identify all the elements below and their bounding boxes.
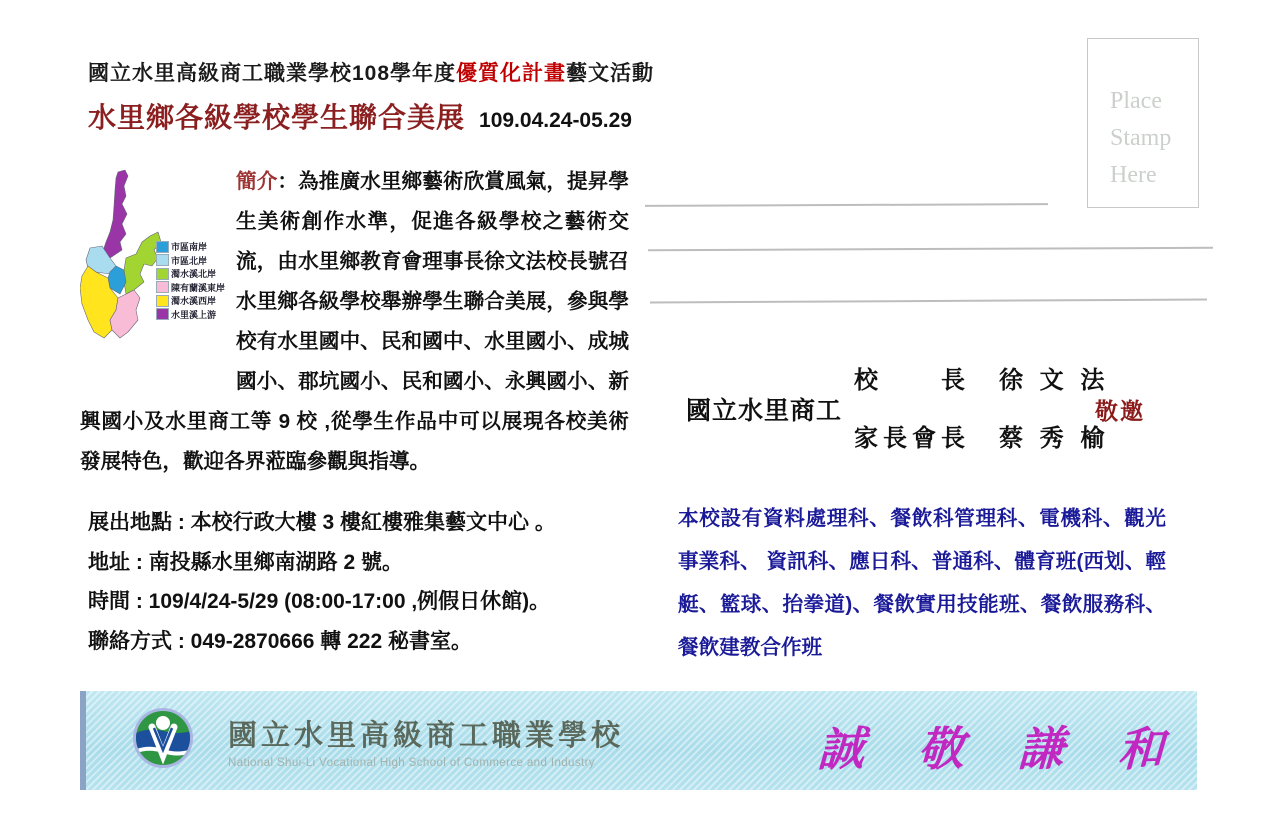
map-legend: 市區南岸 市區北岸 濁水溪北岸 陳有蘭溪東岸 濁水溪西岸 水里溪上游 <box>156 240 230 321</box>
stamp-line: Stamp <box>1110 120 1198 157</box>
intro-label: 簡介 <box>236 170 277 193</box>
legend-label: 陳有蘭溪東岸 <box>171 281 225 294</box>
address-line <box>645 203 1048 207</box>
parents-chair-signature: 家長會長 蔡 秀 榆 <box>854 418 1109 453</box>
legend-item: 濁水溪北岸 <box>156 267 230 281</box>
motto-char: 謙 <box>1017 712 1065 780</box>
legend-swatch <box>156 281 169 293</box>
departments-text: 本校設有資料處理科、餐飲科管理科、電機科、觀光事業科、 資訊科、應日科、普通科、… <box>678 497 1166 669</box>
school-logo-icon <box>132 707 194 769</box>
legend-label: 水里溪上游 <box>171 308 216 321</box>
motto-char: 和 <box>1117 712 1165 780</box>
invite-word: 敬邀 <box>1095 393 1145 426</box>
venue-info: 展出地點 : 本校行政大樓 3 樓紅樓雅集藝文中心 。 地址 : 南投縣水里鄉南… <box>88 503 556 661</box>
subtitle-prefix: 國立水里高級商工職業學校108學年度 <box>88 62 456 85</box>
exhibition-title: 水里鄉各級學校學生聯合美展 <box>88 102 465 133</box>
intro-section: 市區南岸 市區北岸 濁水溪北岸 陳有蘭溪東岸 濁水溪西岸 水里溪上游 簡介：為推… <box>80 162 629 482</box>
title-row: 水里鄉各級學校學生聯合美展109.04.24-05.29 <box>88 96 654 136</box>
legend-label: 市區北岸 <box>171 254 207 267</box>
stamp-line: Place <box>1110 83 1198 120</box>
legend-label: 濁水溪西岸 <box>171 294 216 307</box>
exhibition-dates: 109.04.24-05.29 <box>479 109 632 132</box>
invitation-block: 國立水里商工 校 長 徐 文 法 家長會長 蔡 秀 榆 敬邀 <box>686 360 1166 455</box>
school-motto: 誠 敬 謙 和 <box>818 713 1164 779</box>
subtitle-suffix: 藝文活動 <box>566 62 654 85</box>
legend-swatch <box>156 241 169 253</box>
legend-swatch <box>156 295 169 307</box>
postcard: 國立水里高級商工職業學校108學年度優質化計畫藝文活動 水里鄉各級學校學生聯合美… <box>0 0 1275 825</box>
motto-char: 敬 <box>917 712 965 780</box>
legend-swatch <box>156 308 169 320</box>
school-banner: 國立水里高級商工職業學校 National Shui-Li Vocational… <box>80 691 1197 790</box>
legend-swatch <box>156 254 169 266</box>
legend-item: 濁水溪西岸 <box>156 294 230 308</box>
school-short-name: 國立水里商工 <box>686 391 842 427</box>
intro-separator: ： <box>277 170 298 193</box>
legend-item: 水里溪上游 <box>156 308 230 322</box>
motto-char: 誠 <box>817 712 865 780</box>
venue-contact: 聯絡方式 : 049-2870666 轉 222 秘書室。 <box>88 622 556 662</box>
township-map-image <box>80 170 162 342</box>
school-name: 國立水里高級商工職業學校 <box>228 713 624 754</box>
address-line <box>648 247 1213 251</box>
venue-location: 展出地點 : 本校行政大樓 3 樓紅樓雅集藝文中心 。 <box>88 503 556 543</box>
legend-item: 陳有蘭溪東岸 <box>156 281 230 295</box>
venue-address: 地址 : 南投縣水里鄉南湖路 2 號。 <box>88 543 556 583</box>
address-line <box>650 299 1207 304</box>
legend-item: 市區南岸 <box>156 240 230 254</box>
legend-item: 市區北岸 <box>156 254 230 268</box>
header: 國立水里高級商工職業學校108學年度優質化計畫藝文活動 水里鄉各級學校學生聯合美… <box>88 57 654 136</box>
legend-label: 市區南岸 <box>171 240 207 253</box>
event-subtitle: 國立水里高級商工職業學校108學年度優質化計畫藝文活動 <box>88 57 654 87</box>
principal-signature: 校 長 徐 文 法 <box>854 360 1109 395</box>
venue-time: 時間 : 109/4/24-5/29 (08:00-17:00 ,例假日休館)。 <box>88 582 556 622</box>
stamp-placeholder: Place Stamp Here <box>1087 38 1199 208</box>
banner-edge <box>80 691 86 790</box>
legend-swatch <box>156 268 169 280</box>
school-name-block: 國立水里高級商工職業學校 National Shui-Li Vocational… <box>228 713 624 769</box>
signatories: 校 長 徐 文 法 家長會長 蔡 秀 榆 <box>854 360 1109 453</box>
township-map-figure: 市區南岸 市區北岸 濁水溪北岸 陳有蘭溪東岸 濁水溪西岸 水里溪上游 <box>80 166 230 361</box>
subtitle-highlight: 優質化計畫 <box>456 62 566 85</box>
legend-label: 濁水溪北岸 <box>171 267 216 280</box>
school-name-english: National Shui-Li Vocational High School … <box>228 757 624 769</box>
stamp-line: Here <box>1110 157 1198 194</box>
